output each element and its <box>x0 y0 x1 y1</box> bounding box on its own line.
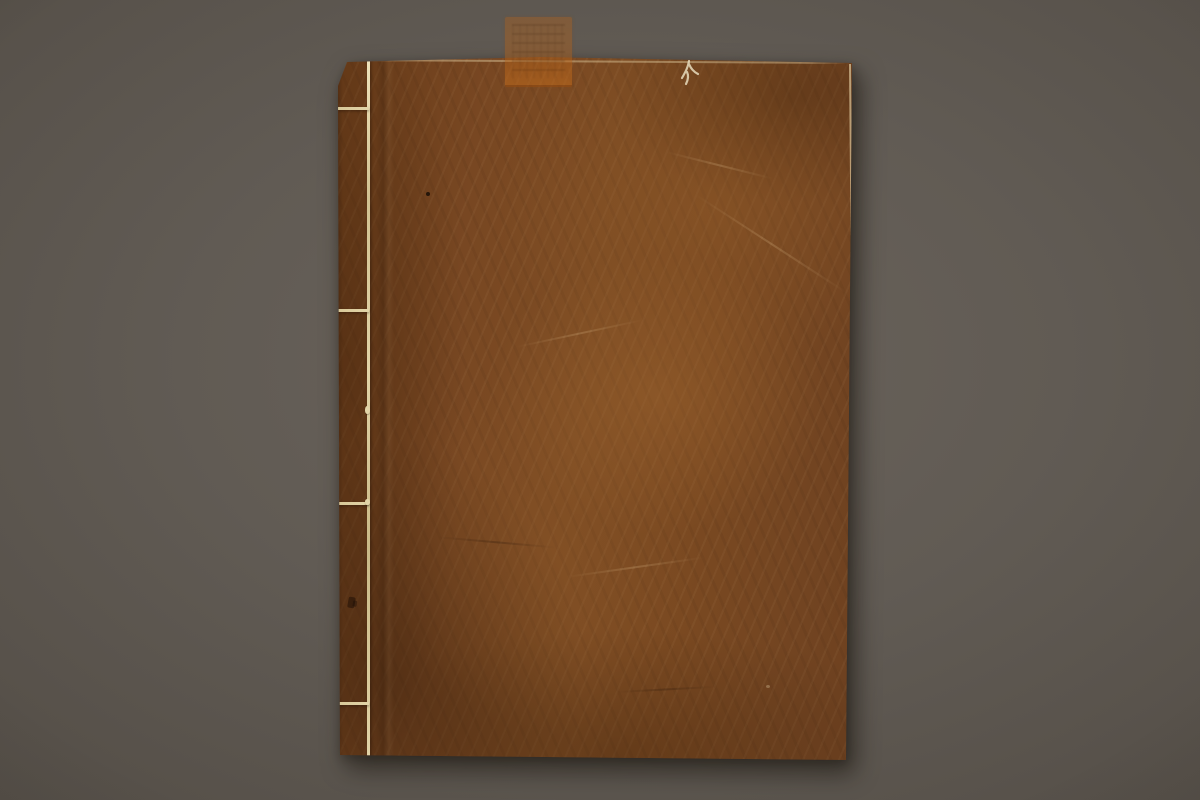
cover-scratch <box>566 557 705 578</box>
book-cover <box>336 56 854 762</box>
paper-label <box>505 17 572 87</box>
cover-scratch <box>436 536 556 548</box>
label-text-rows <box>512 24 565 78</box>
dust-speck <box>766 685 770 688</box>
paint-fleck-mark <box>674 58 704 88</box>
cover-scratch <box>666 151 773 180</box>
spine-edge-shading <box>336 56 343 762</box>
page-edge-right <box>849 64 857 758</box>
cover-scratch <box>616 686 716 693</box>
thread-knot <box>365 499 370 505</box>
page-edge-top <box>350 59 848 64</box>
spine-ink-mark <box>347 596 356 608</box>
book-shadow <box>336 56 854 762</box>
cover-scratch <box>695 194 847 294</box>
binding-stitch <box>338 107 369 110</box>
binding-stitch <box>338 309 369 312</box>
binding-stitch <box>338 702 369 705</box>
thread-knot <box>365 406 370 414</box>
cover-scratch <box>516 319 644 348</box>
photo-stage <box>0 0 1200 800</box>
dust-speck <box>426 192 430 196</box>
spine-fold <box>376 56 394 762</box>
